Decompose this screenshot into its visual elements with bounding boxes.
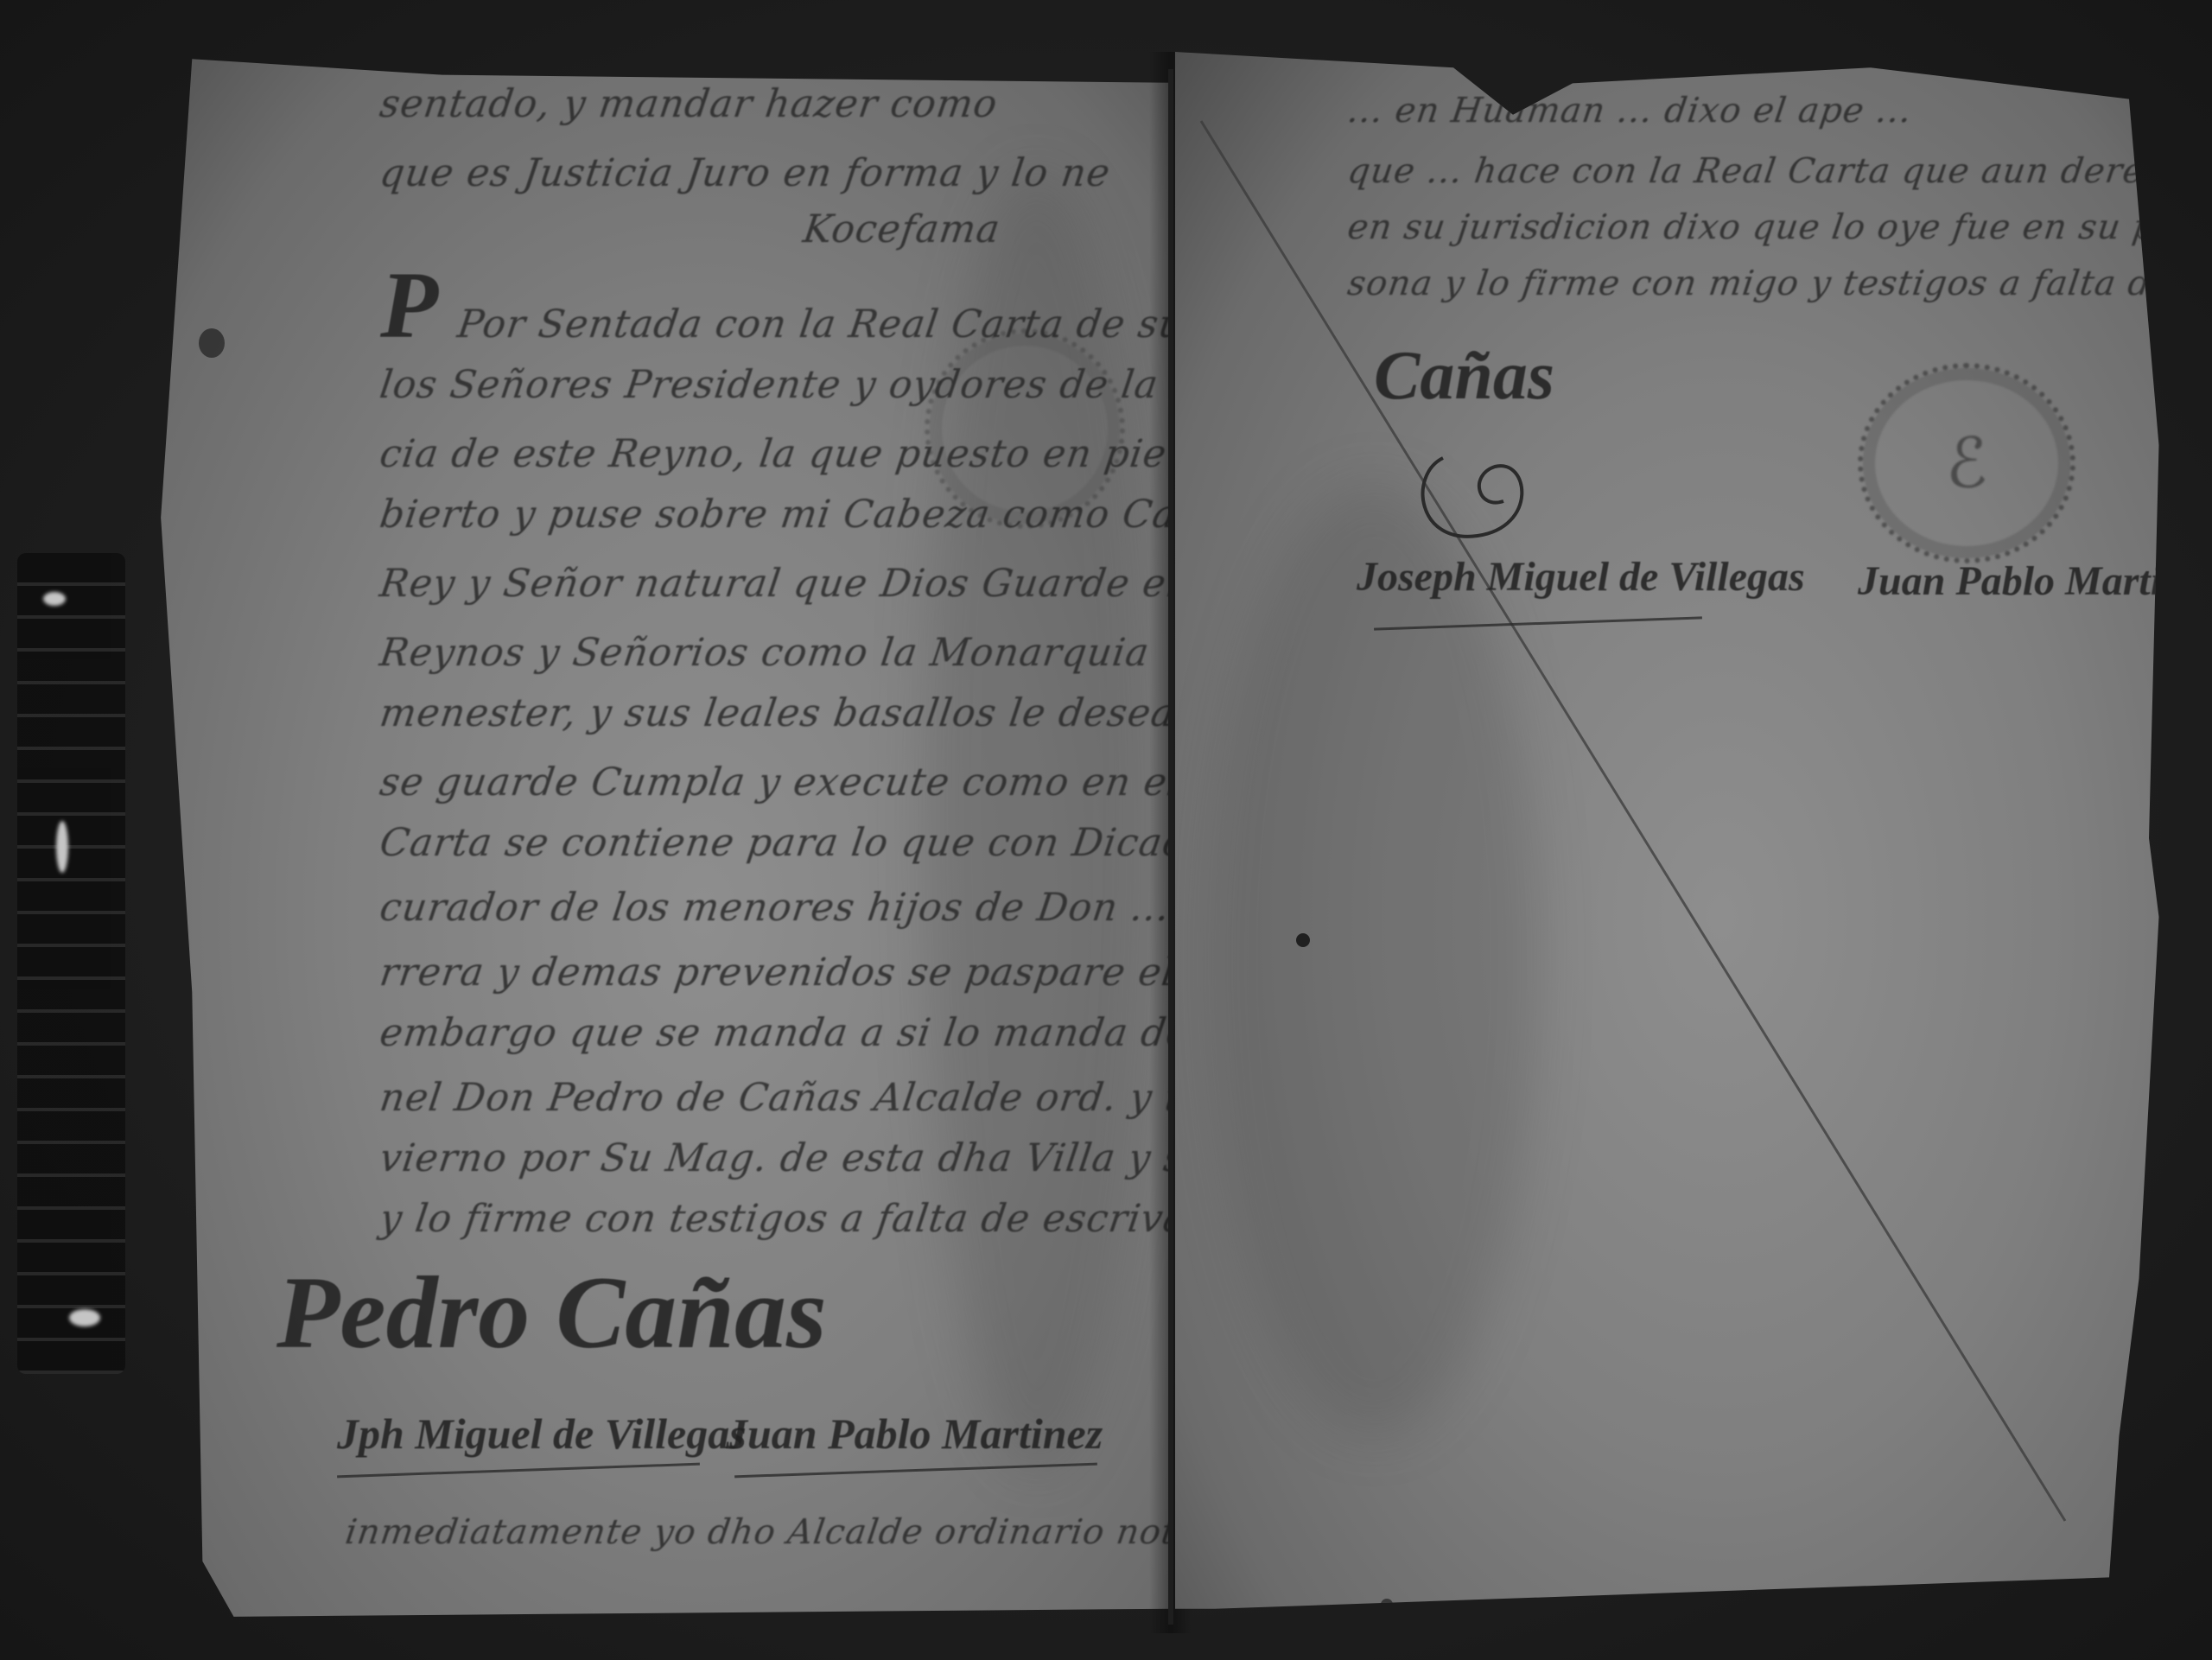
text-line: Carta se contiene para lo que con Dicaci…	[377, 821, 1171, 865]
text-line: que es Justicia Juro en forma y lo ne	[377, 151, 1113, 195]
text-line: bierto y puse sobre mi Cabeza como Carta…	[377, 493, 1171, 537]
text-line: y lo firme con testigos a falta de escri…	[377, 1197, 1171, 1241]
text-line-footer: inmediatamente yo dho Alcalde ordinario …	[343, 1512, 1171, 1552]
signature-miguel-villegas: Jph Miguel de Villegas	[337, 1409, 747, 1459]
text-line: embargo que se manda a si lo manda do el…	[377, 1011, 1171, 1055]
signature-joseph-villegas: Joseph Miguel de Villegas	[1357, 553, 1805, 601]
binding-highlight	[43, 592, 66, 606]
text-line: se guarde Cumpla y execute como en ella …	[377, 760, 1171, 805]
ink-seal-stamp: ℰ	[1858, 363, 2075, 563]
left-page: sentado, y mandar hazer como que es Just…	[130, 43, 1171, 1625]
signature-underline	[734, 1463, 1097, 1479]
binding-highlight	[69, 1309, 100, 1326]
text-line: nel Don Pedro de Cañas Alcalde ord. y th…	[377, 1076, 1171, 1120]
text-line: Rey y Señor natural que Dios Guarde en a…	[377, 562, 1171, 606]
text-line: que ... hace con la Real Carta que aun d…	[1345, 151, 2169, 191]
text-line: curador de los menores hijos de Don ... …	[377, 886, 1171, 930]
text-line: sentado, y mandar hazer como	[377, 82, 1000, 126]
text-line: en su jurisdicion dixo que lo oye fue en…	[1345, 207, 2169, 247]
right-page: ... en Huaman ... dixo el ape ... que ..…	[1175, 52, 2169, 1625]
text-line: Reynos y Señorios como la Monarquia	[377, 631, 1152, 675]
signature-flourish	[1408, 423, 1599, 562]
text-line: menester, y sus leales basallos le desea…	[377, 691, 1171, 735]
signature-pedro-canas: Pedro Cañas	[276, 1253, 827, 1372]
text-line: cia de este Reyno, la que puesto en pie …	[377, 432, 1171, 476]
signature-canas: Cañas	[1374, 337, 1554, 416]
initial-capital-p: P	[380, 251, 438, 360]
text-line: los Señores Presidente y oydores de la R…	[377, 363, 1171, 407]
text-line: vierno por Su Mag. de esta dha Villa y s…	[377, 1136, 1171, 1180]
text-line: sona y lo firme con migo y testigos a fa…	[1345, 264, 2169, 303]
ink-spot	[1296, 933, 1310, 947]
signature-juan-pablo-martinez: Juan Pablo Martinez	[726, 1409, 1103, 1459]
signature-juan-pablo-martinez-right: Juan Pablo Martinez	[1858, 557, 2169, 605]
seal-emblem: ℰ	[1946, 423, 1987, 504]
text-line: Kocefama	[800, 207, 1003, 251]
binding-highlight	[56, 821, 68, 873]
text-line: Por Sentada con la Real Carta de su Mage…	[454, 302, 1171, 347]
book-binding-edge	[17, 553, 125, 1374]
signature-underline	[337, 1463, 700, 1479]
text-line: ... en Huaman ... dixo el ape ...	[1345, 91, 1915, 130]
text-line: rrera y demas prevenidos se paspare el e…	[377, 951, 1171, 995]
book-spine	[1168, 69, 1173, 1625]
ink-blot	[199, 328, 225, 358]
